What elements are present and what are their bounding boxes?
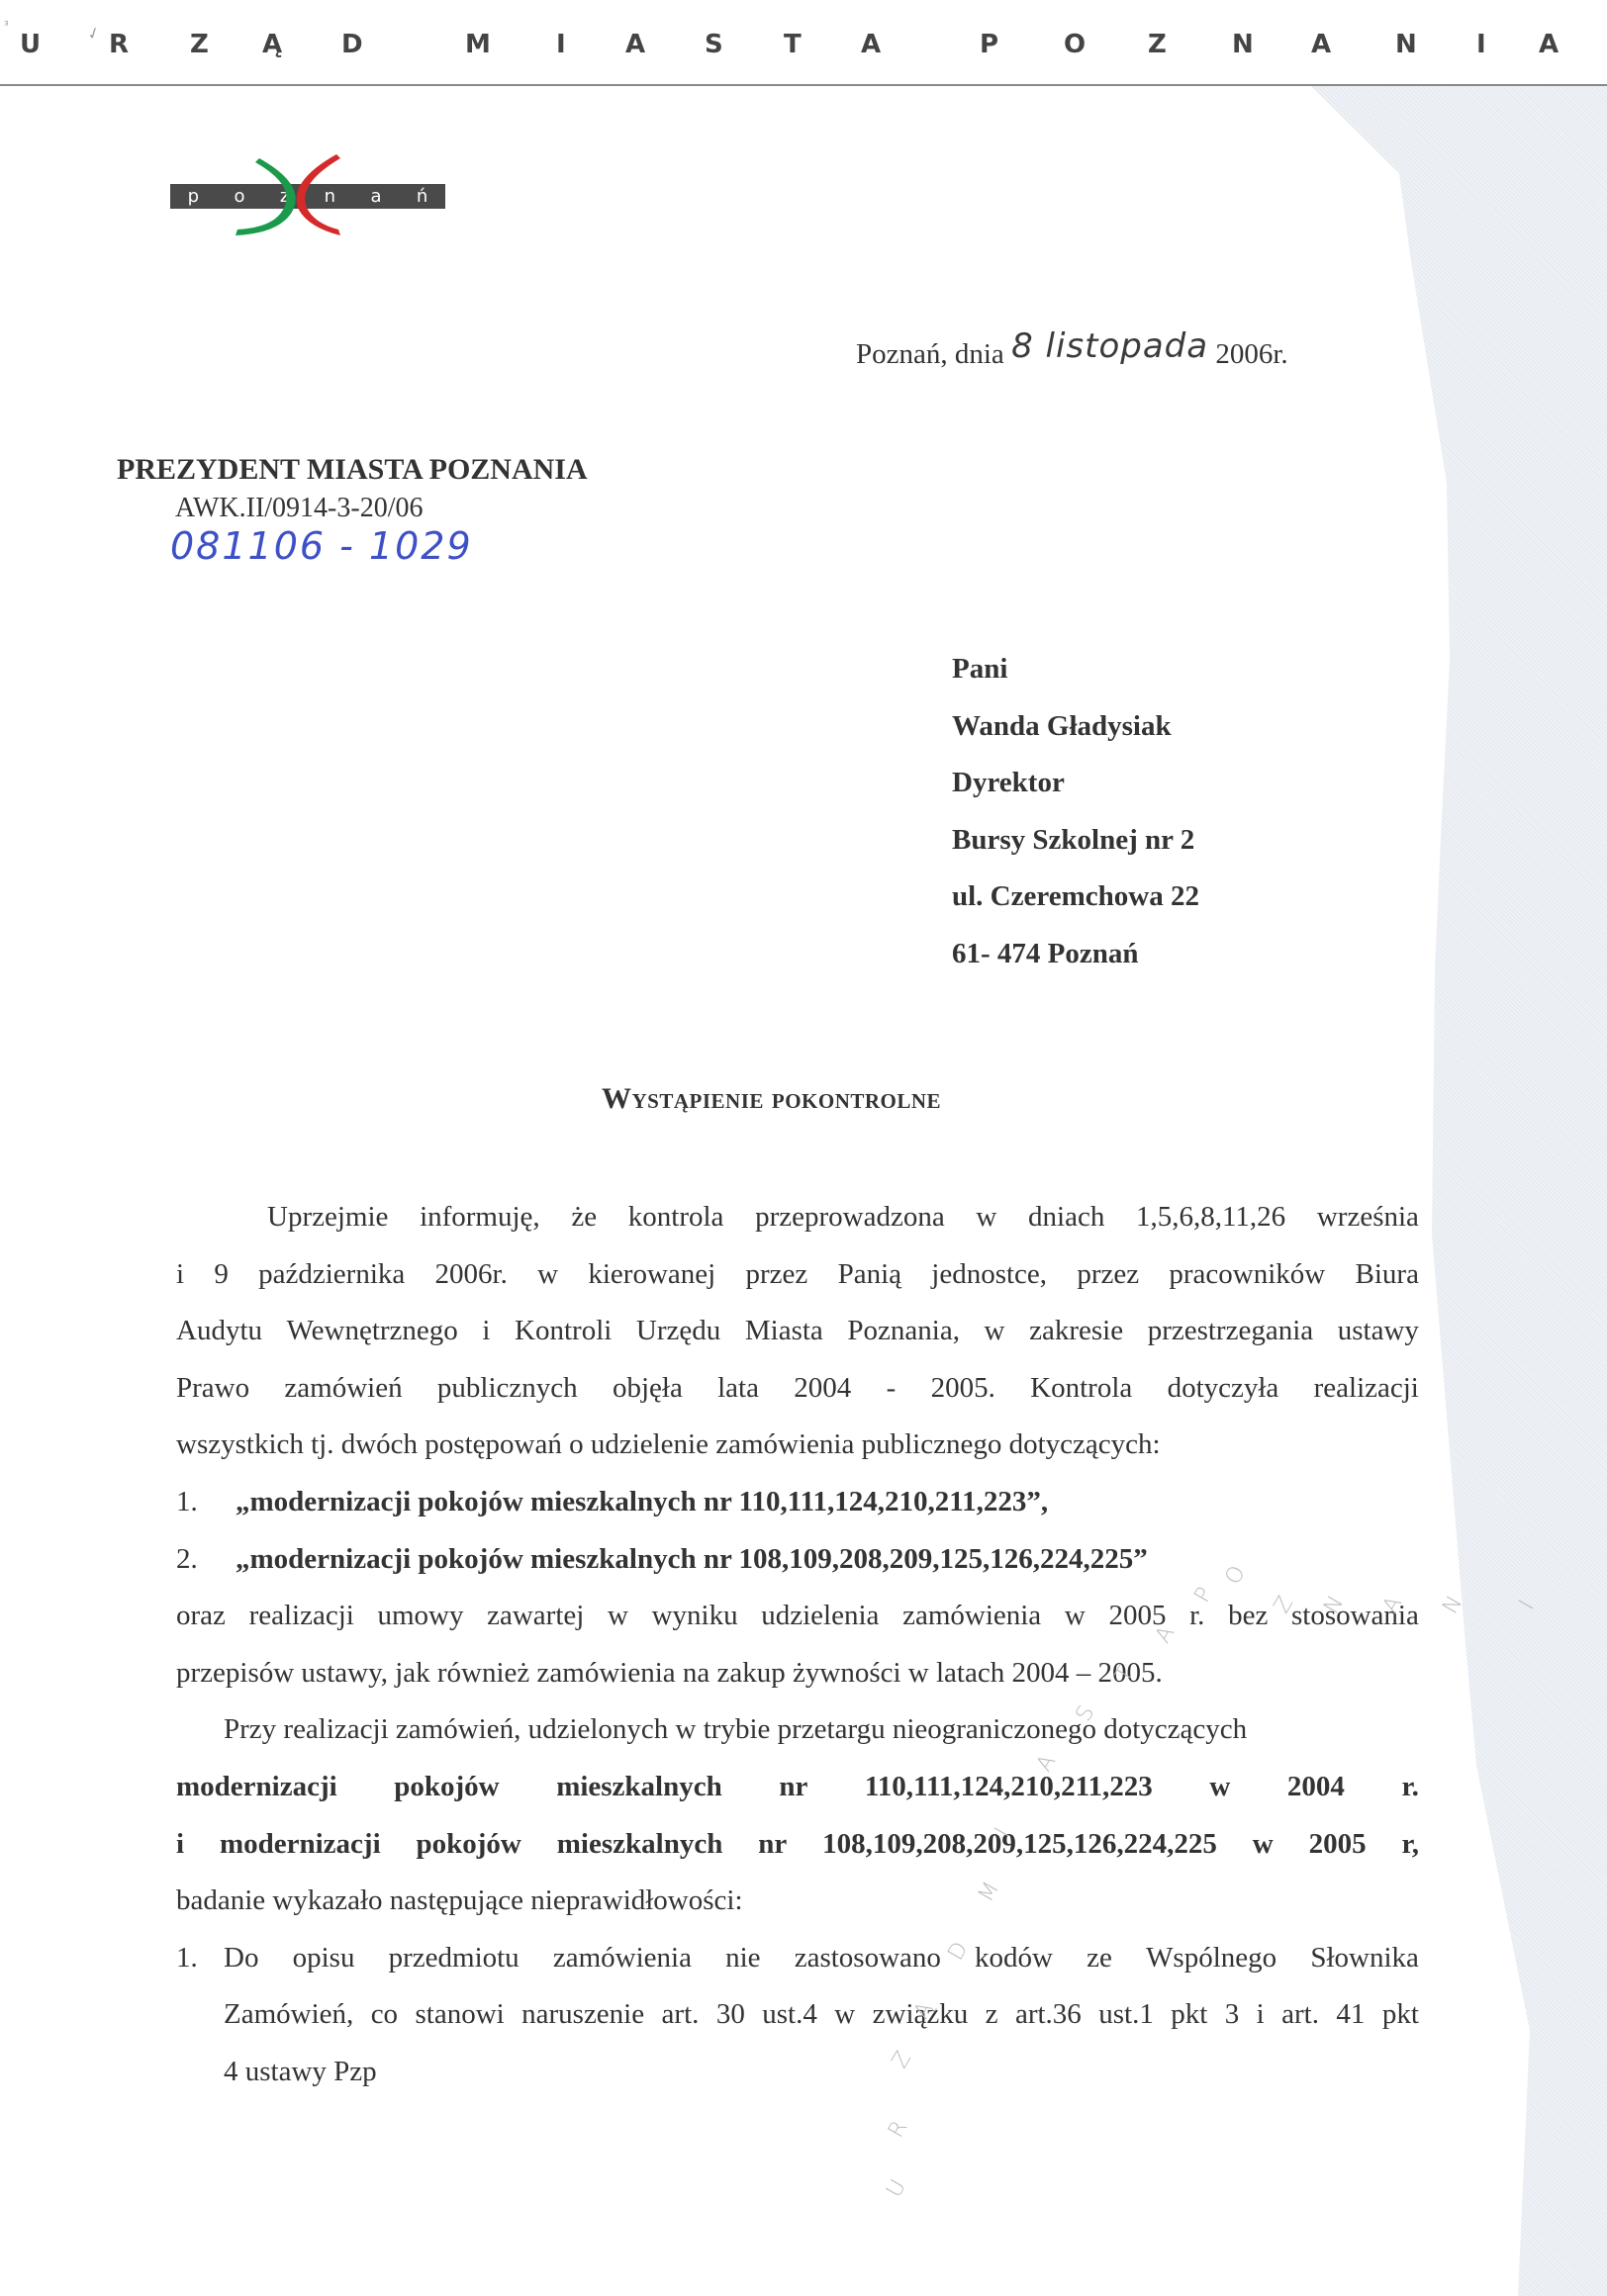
address-line: Pani [952, 641, 1199, 698]
letterhead-letter: A [625, 30, 645, 59]
letterhead-letter: D [341, 30, 363, 59]
word: 30 [716, 1986, 745, 2044]
paragraph2-end-text: badanie wykazało następujące nieprawidło… [176, 1873, 743, 1930]
logo-arcs-icon [170, 148, 447, 247]
letterhead-letter: P [980, 30, 998, 59]
word: mieszkalnych [557, 1816, 723, 1874]
paragraph2-bold-line: imodernizacjipokojówmieszkalnychnr108,10… [176, 1816, 1419, 1874]
word: Zamówień, [224, 1986, 353, 2044]
word: pracowników [1169, 1246, 1325, 1304]
word: publicznych [437, 1360, 578, 1418]
list-number: 2. [176, 1531, 236, 1589]
word: objęła [613, 1360, 683, 1418]
watermark-letter: R [884, 2117, 912, 2143]
word: lata [717, 1360, 759, 1418]
paragraph1-line: i9października2006r.wkierowanejprzezPani… [176, 1246, 1419, 1304]
word: modernizacji [176, 1759, 337, 1816]
word: udzielenia [761, 1588, 879, 1645]
paragraph1-line: Prawozamówieńpublicznychobjęłalata2004-2… [176, 1360, 1419, 1418]
sender-name: PREZYDENT MIASTA POZNANIA [117, 453, 588, 487]
paragraph1-cont-line: orazrealizacjiumowyzawartejwwynikuudziel… [176, 1588, 1419, 1645]
word: zamówień [284, 1360, 402, 1418]
word: realizacji [249, 1588, 354, 1645]
word: pkt [1171, 1986, 1207, 2044]
word: Prawo [176, 1360, 249, 1418]
letter-body: Uprzejmieinformuję,żekontrolaprzeprowadz… [176, 1189, 1419, 2101]
word: - [887, 1360, 897, 1418]
reference-number: AWK.II/0914-3-20/06 [175, 493, 423, 524]
word: w [976, 1189, 996, 1246]
letterhead-letter: Ą [262, 30, 282, 59]
word: pokojów [417, 1816, 521, 1874]
word: przedmiotu [389, 1930, 520, 1987]
word: r, [1401, 1816, 1418, 1874]
word: 9 [214, 1246, 229, 1304]
word: przez [746, 1246, 808, 1304]
word: Kontroli [515, 1303, 612, 1360]
letterhead-letter: U [20, 30, 41, 59]
word: zastosowano [795, 1930, 941, 1987]
word: w [1065, 1588, 1086, 1645]
word: nr [758, 1816, 787, 1874]
word: i [176, 1816, 184, 1874]
word: art. [1281, 1986, 1319, 2044]
word: i [482, 1303, 490, 1360]
word: 1,5,6,8,11,26 [1136, 1189, 1285, 1246]
word: 3 [1225, 1986, 1240, 2044]
word: kontrola [628, 1189, 724, 1246]
word: Audytu [176, 1303, 262, 1360]
word: wyniku [652, 1588, 738, 1645]
word: ust.1 [1098, 1986, 1154, 2044]
word: Do [224, 1930, 258, 1987]
word: 2005. [931, 1360, 995, 1418]
address-line: Wanda Gładysiak [952, 698, 1199, 756]
letterhead-letter: Z [190, 30, 209, 59]
word: z [986, 1986, 998, 2044]
date-handwritten: 8 listopada [1011, 326, 1208, 366]
word: września [1317, 1189, 1419, 1246]
letterhead-letter: Z [1148, 30, 1167, 59]
letterhead-letter: N [1232, 30, 1254, 59]
word: 110,111,124,210,211,223 [865, 1759, 1153, 1816]
word: ust.4 [762, 1986, 817, 2044]
word: w [834, 1986, 855, 2044]
letterhead-letter: I [556, 30, 566, 59]
letterhead-letter: I [1476, 30, 1486, 59]
word: Poznania, [847, 1303, 960, 1360]
list-number: 1. [176, 1474, 236, 1531]
word: przeprowadzona [755, 1189, 945, 1246]
word: Słownika [1310, 1930, 1419, 1987]
word: Wewnętrznego [287, 1303, 458, 1360]
letterhead-letter: N [1395, 30, 1417, 59]
word: Miasta [745, 1303, 823, 1360]
word: zawartej [487, 1588, 584, 1645]
paragraph1-cont-line: przepisów ustawy, jak również zamówienia… [176, 1645, 1419, 1702]
letterhead-letter: A [1311, 30, 1331, 59]
word: w [985, 1303, 1005, 1360]
letterhead-letter: R [109, 30, 129, 59]
list-item-text: „modernizacji pokojów mieszkalnych nr 10… [236, 1531, 1148, 1589]
paragraph1-line: Uprzejmieinformuję,żekontrolaprzeprowadz… [176, 1189, 1419, 1246]
address-line: 61- 474 Poznań [952, 926, 1199, 983]
handwritten-registry-number: 081106 - 1029 [170, 524, 473, 568]
word: nr [779, 1759, 807, 1816]
word: Biura [1356, 1246, 1419, 1304]
finding-line: 1.Doopisuprzedmiotuzamówienianiezastosow… [176, 1930, 1419, 1987]
word: dotyczyła [1168, 1360, 1279, 1418]
letterhead-title: URZĄDMIASTAPOZNANIA [0, 30, 1607, 65]
letterhead-letter: A [1539, 30, 1559, 59]
paragraph1-line: wszystkich tj. dwóch postępowań o udziel… [176, 1417, 1419, 1474]
word: oraz [176, 1588, 226, 1645]
word: nie [725, 1930, 760, 1987]
word: umowy [377, 1588, 463, 1645]
word: 2004 [794, 1360, 851, 1418]
letterhead-letter: O [1064, 30, 1086, 59]
word: zamówienia [553, 1930, 692, 1987]
word: 41 [1336, 1986, 1365, 2044]
word: w [1253, 1816, 1274, 1874]
word: zakresie [1029, 1303, 1123, 1360]
address-line: ul. Czeremchowa 22 [952, 869, 1199, 926]
word: ze [1087, 1930, 1112, 1987]
letterhead-letter: T [784, 30, 802, 59]
word: w [608, 1588, 628, 1645]
word: 2005 [1309, 1816, 1367, 1874]
word: kodów [975, 1930, 1053, 1987]
word: zamówienia [902, 1588, 1041, 1645]
list-item-text: „modernizacji pokojów mieszkalnych nr 11… [236, 1474, 1048, 1531]
word: i [176, 1246, 184, 1304]
word: naruszenie [521, 1986, 644, 2044]
word: dniach [1028, 1189, 1104, 1246]
word: bez [1228, 1588, 1268, 1645]
word: 108,109,208,209,125,126,224,225 [822, 1816, 1217, 1874]
word: jednostce, [931, 1246, 1047, 1304]
date-line: Poznań, dnia 8 listopada 2006r. [856, 332, 1288, 372]
word: r. [1401, 1759, 1418, 1816]
word: informuję, [420, 1189, 540, 1246]
word: Urzędu [636, 1303, 720, 1360]
word: 2006r. [435, 1246, 508, 1304]
address-line: Dyrektor [952, 755, 1199, 812]
recipient-address: PaniWanda GładysiakDyrektorBursy Szkolne… [952, 641, 1199, 982]
word: Uprzejmie [267, 1189, 388, 1246]
letterhead-letter: A [861, 30, 881, 59]
paragraph2-lead: Przy realizacji zamówień, udzielonych w … [176, 1701, 1419, 1759]
finding-number: 1. [176, 1930, 224, 1987]
document-title: Wystąpienie pokontrolne [602, 1082, 941, 1116]
word: opisu [293, 1930, 355, 1987]
word: realizacji [1314, 1360, 1419, 1418]
word: w [1209, 1759, 1230, 1816]
paragraph2-end: badanie wykazało następujące nieprawidło… [176, 1873, 1419, 1930]
word: modernizacji [220, 1816, 381, 1874]
word: Wspólnego [1146, 1930, 1276, 1987]
word: przestrzegania [1148, 1303, 1313, 1360]
word: i [1257, 1986, 1265, 2044]
finding-line: Zamówień,costanowinaruszenieart.30ust.4w… [176, 1986, 1419, 2044]
word: art. [662, 1986, 700, 2044]
word: w [537, 1246, 558, 1304]
word: co [371, 1986, 398, 2044]
paragraph2-bold-line: modernizacjipokojówmieszkalnychnr110,111… [176, 1759, 1419, 1816]
address-line: Bursy Szkolnej nr 2 [952, 812, 1199, 870]
word: 2004 [1287, 1759, 1345, 1816]
date-prefix: Poznań, dnia [856, 338, 1004, 370]
watermark-letter: U [882, 2175, 911, 2201]
letterhead-letter: S [705, 30, 723, 59]
word: pkt [1382, 1986, 1419, 2044]
finding-line: 4 ustawy Pzp [176, 2044, 1419, 2101]
word: pokojów [394, 1759, 499, 1816]
word: ustawy [1338, 1303, 1419, 1360]
word: kierowanej [588, 1246, 715, 1304]
header-rule [0, 84, 1607, 86]
word: października [258, 1246, 405, 1304]
word: Panią [838, 1246, 901, 1304]
word: Kontrola [1030, 1360, 1132, 1418]
word: że [571, 1189, 597, 1246]
list-item: 1.„modernizacji pokojów mieszkalnych nr … [176, 1474, 1419, 1531]
poznan-logo: poznań [170, 148, 447, 247]
word: przez [1077, 1246, 1139, 1304]
word: art.36 [1015, 1986, 1082, 2044]
paragraph1-line: AudytuWewnętrznegoiKontroliUrzęduMiastaP… [176, 1303, 1419, 1360]
word: stanowi [415, 1986, 504, 2044]
letterhead-letter: M [465, 30, 491, 59]
date-year: 2006r. [1215, 338, 1287, 370]
finding-text: Doopisuprzedmiotuzamówienianiezastosowan… [224, 1930, 1419, 1987]
word: mieszkalnych [556, 1759, 722, 1816]
